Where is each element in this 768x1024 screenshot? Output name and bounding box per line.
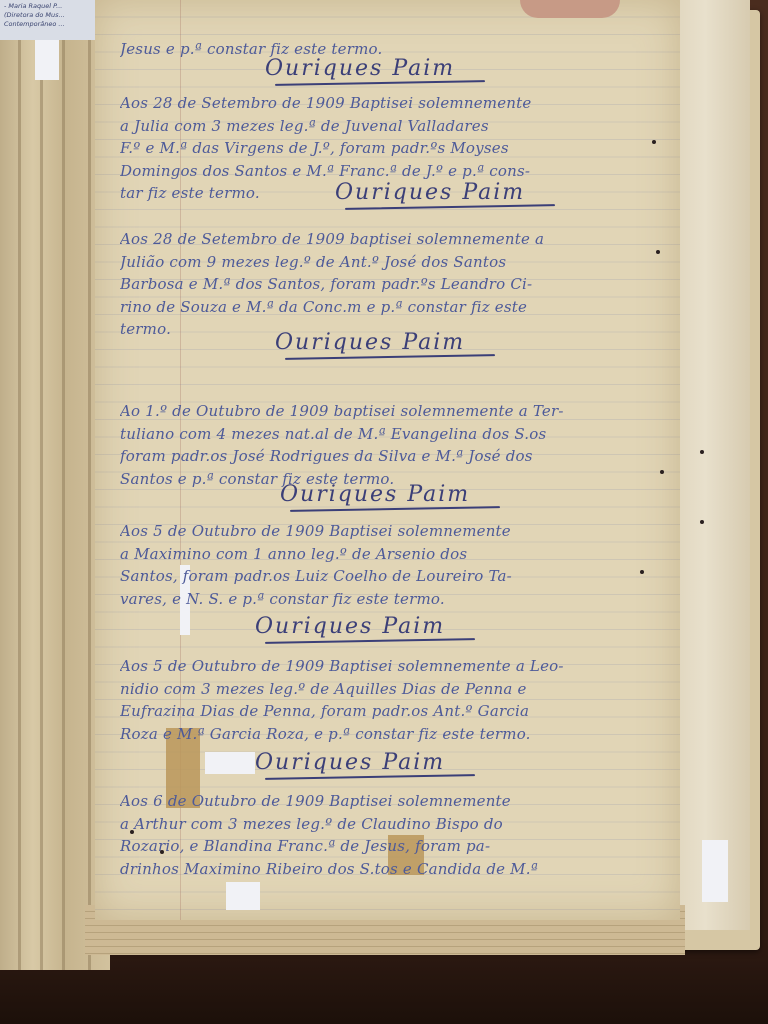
worm-hole [160, 850, 164, 854]
thumb [520, 0, 620, 18]
entry-line: Rozario, e Blandina Franc.ª de Jesus, fo… [120, 835, 675, 858]
entry-line: a Arthur com 3 mezes leg.º de Claudino B… [120, 813, 675, 836]
entry-line: Barbosa e M.ª dos Santos, foram padr.ºs … [120, 273, 675, 296]
worm-hole [660, 470, 664, 474]
left-page-stack [0, 30, 110, 970]
entry-line: Domingos dos Santos e M.ª Franc.ª de J.º… [120, 160, 675, 183]
entry-line: a Julia com 3 mezes leg.ª de Juvenal Val… [120, 115, 675, 138]
entry-line: a Maximino com 1 anno leg.º de Arsenio d… [120, 543, 675, 566]
worm-hole [130, 830, 134, 834]
register-entry: Aos 6 de Outubro de 1909 Baptisei solemn… [120, 790, 675, 880]
entry-line: rino de Souza e M.ª da Conc.m e p.ª cons… [120, 296, 675, 319]
priest-signature: Ouriques Paim [280, 482, 470, 507]
paper-patch [35, 40, 59, 80]
entry-line: Aos 5 de Outubro de 1909 Baptisei solemn… [120, 520, 675, 543]
entry-line: Aos 28 de Setembro de 1909 baptisei sole… [120, 228, 675, 251]
museum-label-card: - Maria Raquel P... (Diretora do Mus... … [0, 0, 110, 40]
entry-line: F.º e M.ª das Virgens de J.º, foram padr… [120, 137, 675, 160]
worm-hole [700, 450, 704, 454]
entry-line: Aos 5 de Outubro de 1909 Baptisei solemn… [120, 655, 675, 678]
paper-patch [702, 840, 728, 902]
priest-signature: Ouriques Paim [335, 180, 525, 205]
priest-signature: Ouriques Paim [275, 330, 465, 355]
entry-line: Aos 6 de Outubro de 1909 Baptisei solemn… [120, 790, 675, 813]
entry-line: vares, e N. S. e p.ª constar fiz este te… [120, 588, 675, 611]
priest-signature: Ouriques Paim [255, 750, 445, 775]
entry-line: Eufrazina Dias de Penna, foram padr.os A… [120, 700, 675, 723]
label-line: (Diretora do Mus... [4, 11, 106, 20]
entry-line: Santos, foram padr.os Luiz Coelho de Lou… [120, 565, 675, 588]
entry-line: tuliano com 4 mezes nat.al de M.ª Evange… [120, 423, 675, 446]
entry-line: Julião com 9 mezes leg.º de Ant.º José d… [120, 251, 675, 274]
entry-line: drinhos Maximino Ribeiro dos S.tos e Can… [120, 858, 675, 881]
worm-hole [640, 570, 644, 574]
entry-line: nidio com 3 mezes leg.º de Aquilles Dias… [120, 678, 675, 701]
register-entry: Aos 5 de Outubro de 1909 Baptisei solemn… [120, 520, 675, 610]
entry-line: foram padr.os José Rodrigues da Silva e … [120, 445, 675, 468]
paper-patch [205, 752, 255, 774]
register-entry: Ao 1.º de Outubro de 1909 baptisei solem… [120, 400, 675, 490]
worm-hole [652, 140, 656, 144]
entry-line: Roza e M.ª Garcia Roza, e p.ª constar fi… [120, 723, 675, 746]
worm-hole [656, 250, 660, 254]
label-line: Contemporâneo ... [4, 20, 106, 29]
label-line: - Maria Raquel P... [4, 2, 106, 11]
register-entry: Aos 28 de Setembro de 1909 baptisei sole… [120, 228, 675, 341]
priest-signature: Ouriques Paim [255, 614, 445, 639]
register-entry: Aos 5 de Outubro de 1909 Baptisei solemn… [120, 655, 675, 745]
entry-line: Aos 28 de Setembro de 1909 Baptisei sole… [120, 92, 675, 115]
worm-hole [700, 520, 704, 524]
entry-line: Ao 1.º de Outubro de 1909 baptisei solem… [120, 400, 675, 423]
paper-patch [226, 882, 260, 910]
priest-signature: Ouriques Paim [265, 56, 455, 81]
